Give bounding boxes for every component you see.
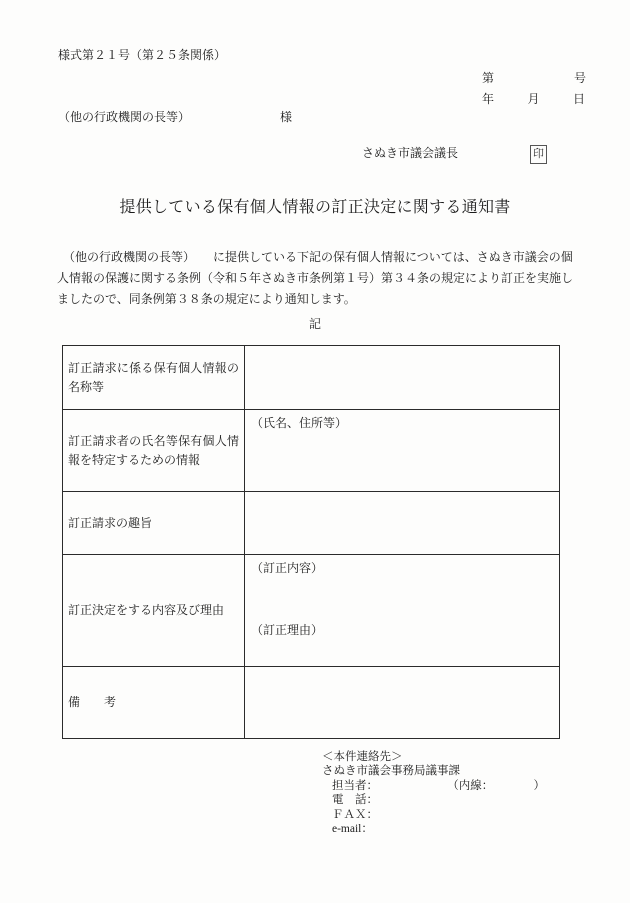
contact-phone-line: 電 話： [322, 793, 545, 807]
notification-table: 訂正請求に係る保有個人情報の名称等 訂正請求者の氏名等保有個人情報を特定するため… [62, 345, 560, 739]
year-label: 年 [482, 91, 494, 107]
correction-reason-annotation: （訂正理由） [251, 622, 553, 638]
day-label: 日 [573, 91, 585, 107]
row-label-purport: 訂正請求の趣旨 [63, 492, 245, 555]
row-label-decision: 訂正決定をする内容及び理由 [63, 555, 245, 667]
table-row-name: 訂正請求に係る保有個人情報の名称等 [63, 346, 560, 410]
row-value-decision: （訂正内容） （訂正理由） [245, 555, 560, 667]
body-line-3: ましたので、同条例第３８条の規定により通知します。 [57, 289, 577, 310]
fax-label: ＦＡＸ： [332, 809, 378, 821]
contact-email-line: e-mail： [322, 822, 545, 836]
row-value-name [245, 346, 560, 410]
addressee-name: （他の行政機関の長等） [58, 110, 190, 124]
contact-person-line: 担当者：（内線： ） [322, 779, 545, 793]
doc-number-line: 第 号 [482, 70, 586, 86]
table-row-purport: 訂正請求の趣旨 [63, 492, 560, 555]
record-mark: 記 [0, 316, 630, 332]
date-line: 年 月 日 [482, 91, 585, 107]
contact-department: さぬき市議会事務局議事課 [322, 764, 545, 778]
form-number: 様式第２１号（第２５条関係） [58, 47, 226, 63]
doc-number-prefix: 第 [482, 70, 494, 86]
contact-block: ＜本件連絡先＞ さぬき市議会事務局議事課 担当者：（内線： ） 電 話： ＦＡＸ… [322, 750, 545, 836]
person-label: 担当者： [332, 780, 378, 792]
extension-label: （内線： ） [453, 780, 545, 792]
contact-fax-line: ＦＡＸ： [322, 808, 545, 822]
phone-label: 電 話： [332, 794, 378, 806]
row-value-remarks [245, 667, 560, 739]
doc-number-suffix: 号 [574, 70, 586, 86]
row-value-purport [245, 492, 560, 555]
addressee-line: （他の行政機関の長等） 様 [58, 109, 190, 125]
document-title: 提供している保有個人情報の訂正決定に関する通知書 [0, 196, 630, 220]
row-value-requester-info: （氏名、住所等） [245, 410, 560, 492]
sender-line: さぬき市議会議長 [362, 145, 458, 161]
row-label-name: 訂正請求に係る保有個人情報の名称等 [63, 346, 245, 410]
body-line-2: 人情報の保護に関する条例（令和５年さぬき市条例第１号）第３４条の規定により訂正を… [57, 268, 577, 289]
month-label: 月 [527, 91, 539, 107]
table-row-decision: 訂正決定をする内容及び理由 （訂正内容） （訂正理由） [63, 555, 560, 667]
contact-header: ＜本件連絡先＞ [322, 750, 545, 764]
body-paragraph: （他の行政機関の長等） に提供している下記の保有個人情報については、さぬき市議会… [57, 247, 577, 310]
sender-name: さぬき市議会議長 [362, 146, 458, 160]
table-row-requester-info: 訂正請求者の氏名等保有個人情報を特定するための情報 （氏名、住所等） [63, 410, 560, 492]
email-label: e-mail： [332, 823, 373, 835]
seal-stamp: 印 [530, 145, 547, 164]
body-line-1: （他の行政機関の長等） に提供している下記の保有個人情報については、さぬき市議会… [57, 247, 577, 268]
addressee-honorific: 様 [280, 109, 292, 125]
correction-content-annotation: （訂正内容） [251, 560, 553, 576]
row-label-remarks: 備 考 [63, 667, 245, 739]
document-page: 様式第２１号（第２５条関係） 第 号 年 月 日 （他の行政機関の長等） 様 さ… [0, 0, 630, 903]
row-label-requester-info: 訂正請求者の氏名等保有個人情報を特定するための情報 [63, 410, 245, 492]
table-row-remarks: 備 考 [63, 667, 560, 739]
